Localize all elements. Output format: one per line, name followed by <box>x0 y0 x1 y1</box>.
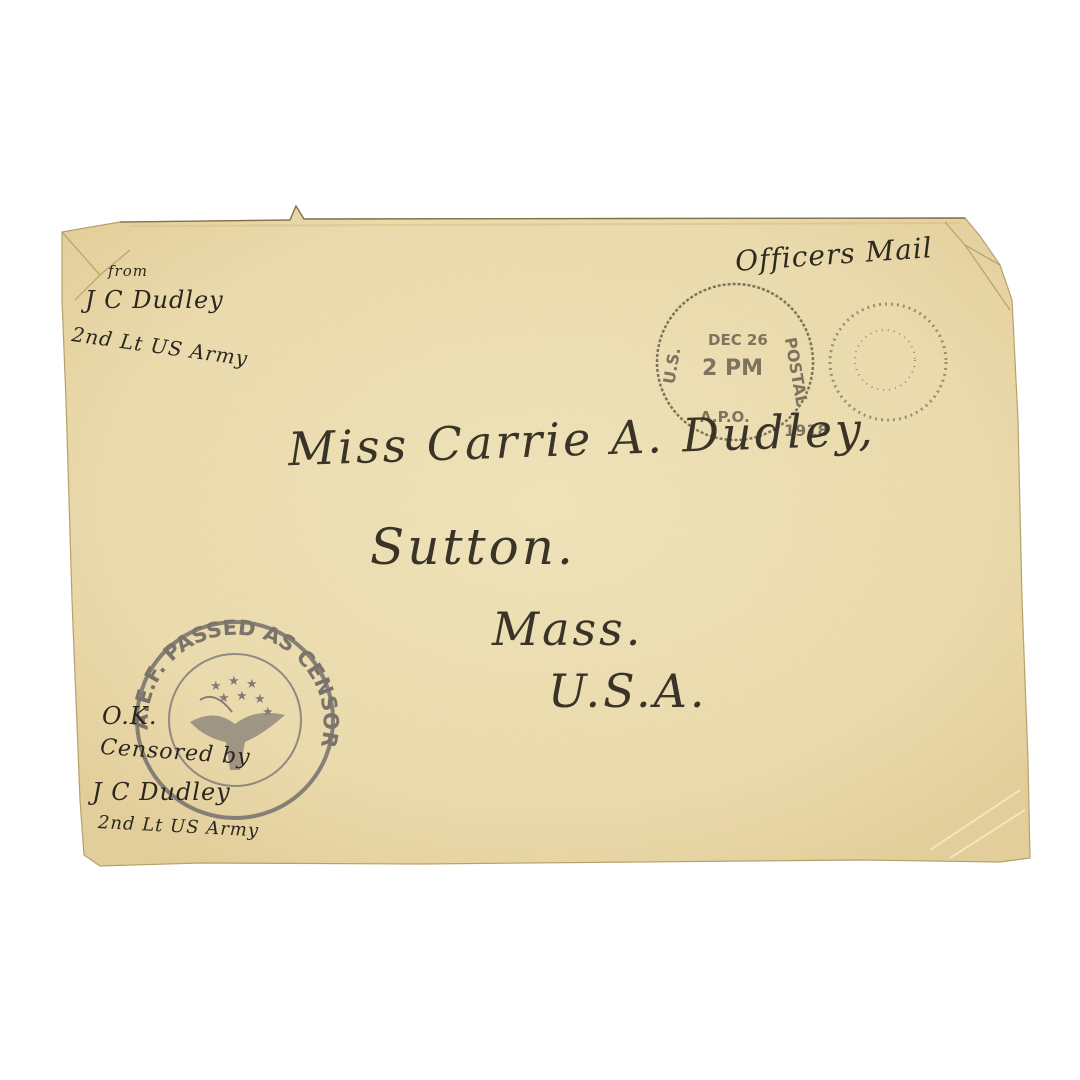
recipient-country: U.S.A. <box>548 664 708 718</box>
recipient-town: Sutton. <box>370 518 576 576</box>
svg-text:★: ★ <box>228 674 240 689</box>
return-name: J C Dudley <box>85 286 224 314</box>
svg-text:2 PM: 2 PM <box>702 356 763 381</box>
censor-signature: J C Dudley <box>92 778 231 806</box>
svg-text:★: ★ <box>236 689 248 704</box>
svg-text:★: ★ <box>246 677 258 692</box>
envelope-scan: U.S. DEC 26 2 PM A.P.O. POSTAL 1918 A.E.… <box>0 0 1080 1080</box>
censor-ok: O.K. <box>102 702 157 730</box>
return-from-label: from <box>108 262 148 280</box>
svg-text:DEC 26: DEC 26 <box>708 331 768 349</box>
recipient-state: Mass. <box>492 602 643 656</box>
